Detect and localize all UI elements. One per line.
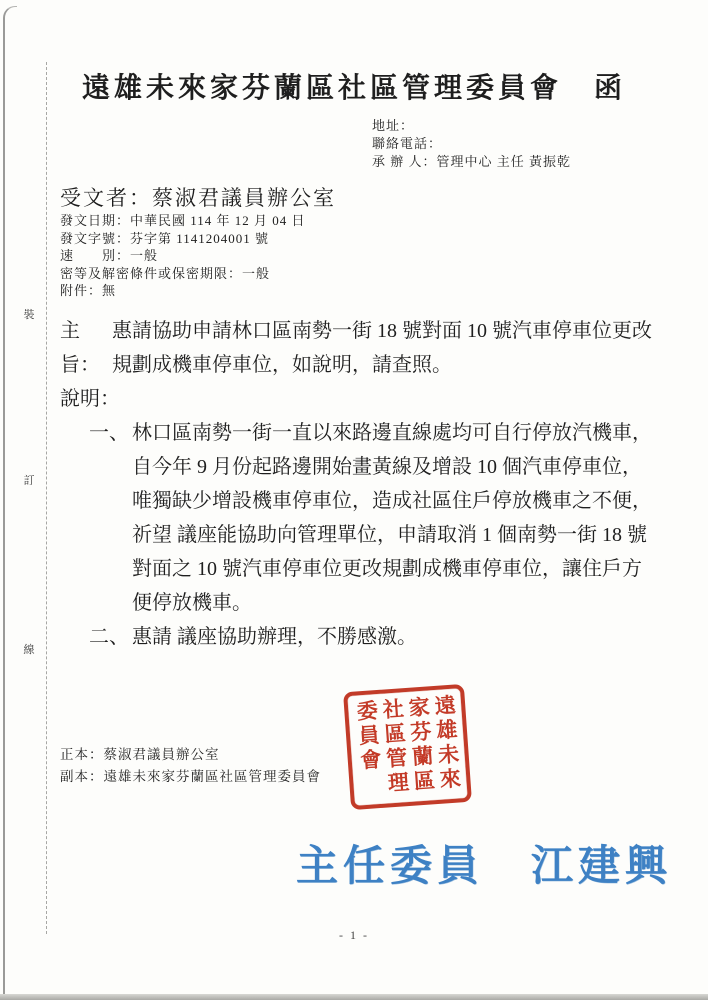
chairman-signature: 主任委員 江建興 [296, 833, 672, 893]
binding-mark-ding: 訂 [22, 472, 36, 488]
item-2-text: 惠請 議座協助辦理，不勝感激。 [132, 620, 660, 654]
letter-body: 主旨： 惠請協助申請林口區南勢一街 18 號對面 10 號汽車停車位更改規劃成機… [60, 314, 662, 654]
handler-line: 承 辦 人：管理中心 主任 黃振乾 [372, 153, 571, 171]
item-2-number: 二、 [89, 620, 132, 654]
item-1-text: 林口區南勢一街一直以來路邊直線處均可自行停放汽機車，自今年 9 月份起路邊開始畫… [132, 416, 660, 620]
document-page: 裝 訂 線 遠雄未來家芬蘭區社區管理委員會 函 地址： 聯絡電話： 承 辦 人：… [0, 0, 708, 1000]
binding-mark-zhuang: 裝 [22, 306, 36, 322]
copies-block: 正本：蔡淑君議員辦公室 副本：遠雄未來家芬蘭區社區管理委員會 [60, 744, 321, 788]
address-line: 地址： [372, 117, 571, 135]
cc-copy-line: 副本：遠雄未來家芬蘭區社區管理委員會 [60, 766, 321, 788]
subject-text: 惠請協助申請林口區南勢一街 18 號對面 10 號汽車停車位更改規劃成機車停車位… [112, 314, 660, 382]
subject-label: 主旨： [60, 314, 112, 382]
phone-line: 聯絡電話： [372, 135, 571, 153]
security-class-line: 密等及解密條件或保密期限：一般 [60, 265, 306, 283]
subject-section: 主旨： 惠請協助申請林口區南勢一街 18 號對面 10 號汽車停車位更改規劃成機… [60, 314, 662, 382]
scan-edge-left [3, 6, 17, 1000]
scan-edge-bottom [0, 994, 708, 1000]
doc-number-line: 發文字號：芬字第 1141204001 號 [60, 230, 306, 248]
issue-date-line: 發文日期：中華民國 114 年 12 月 04 日 [60, 212, 306, 230]
page-number: - 1 - [0, 928, 708, 943]
explanation-item-1: 一、 林口區南勢一街一直以來路邊直線處均可自行停放汽機車，自今年 9 月份起路邊… [89, 416, 662, 620]
recipient-line: 受文者：蔡淑君議員辦公室 [60, 182, 336, 212]
binding-fold-line [46, 62, 47, 934]
original-copy-line: 正本：蔡淑君議員辦公室 [60, 744, 321, 766]
committee-seal-stamp: 遠雄未來家芬蘭區社區管理委員會 [343, 684, 472, 810]
binding-mark-xian: 線 [22, 641, 36, 657]
meta-block: 發文日期：中華民國 114 年 12 月 04 日 發文字號：芬字第 11412… [60, 212, 306, 300]
explanation-item-2: 二、 惠請 議座協助辦理，不勝感激。 [89, 620, 662, 654]
speed-class-line: 速 別：一般 [60, 247, 306, 265]
stamp-text: 遠雄未來家芬蘭區社區管理委員會 [353, 693, 464, 800]
attachment-line: 附件：無 [60, 282, 306, 300]
item-1-number: 一、 [89, 416, 132, 620]
document-title: 遠雄未來家芬蘭區社區管理委員會 函 [0, 66, 708, 106]
explanation-label: 說明： [60, 382, 662, 416]
contact-block: 地址： 聯絡電話： 承 辦 人：管理中心 主任 黃振乾 [372, 117, 571, 171]
